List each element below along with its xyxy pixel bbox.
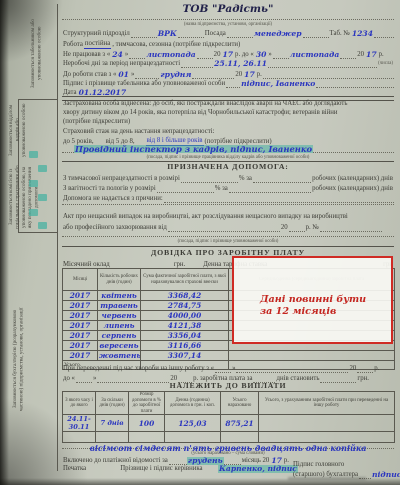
dotted-fill [197,50,213,59]
accident-caption-line: (посада, підпис і прізвище уповноваженої… [62,238,394,246]
seal-line: Печатка Прізвище і підпис керівника [62,465,220,473]
accident-caption: (посада, підпис і прізвище уповноваженої… [177,238,280,246]
signer-label: Підпис і прізвище табельника або уповнов… [62,80,226,88]
help-maternity-line: З вагітності та пологів у розмірі % за р… [62,184,394,193]
payment-col-days: За скільки днів (годин) [96,392,129,415]
blank-field [320,223,382,232]
teal-mark [29,180,38,187]
transfer-label: При переведенні під час хвороби на іншу … [62,365,215,373]
salary-month: квітень [98,291,141,301]
department-line: Структурний підрозділ ВРК Посада менедже… [62,29,394,38]
sidebar-divider-1 [18,99,57,100]
nonworking-days-line: Неробочі дні за період непрацездатності … [62,59,394,68]
absent-month-from: листопада [145,51,196,59]
dotted-fill [316,79,394,88]
amount-words-line: вісімсот сімдесят п'ять гривень двадцять… [62,438,394,449]
dotted-fill [263,70,394,79]
signer-value: підпис, Іваненко [240,80,316,88]
included-label: Включено до платіжної відомості за [62,457,169,465]
tab-number-label: Таб. № [329,30,351,38]
photo-shadow-left [0,0,9,485]
company-title-line: ТОВ "Радість" [62,5,394,13]
sidebar-label-accounting: Заповнюється бухгалтерією (розрахунковою… [12,298,36,420]
insured-line-1: Застрахована особа віднесена: до осіб, я… [62,100,394,108]
blank-field [229,184,311,193]
annotation-box: Дані повинні бути за 12 місяців [232,256,393,344]
spacer [87,465,119,473]
work-rest: , тимчасова, сезонна (потрібне підкресли… [111,41,241,49]
transfer-line-1: При переведенні під час хвороби на іншу … [62,364,394,373]
absent-month-to: листопада [289,51,340,59]
insured-line-2: хвору дитину віком до 14 років, яка поте… [62,109,394,117]
company-name: ТОВ "Радість" [182,5,275,13]
company-caption: (назва підприємства, установи, організац… [183,21,273,29]
dotted-fill [192,70,234,79]
payment-period: 24.11-30.11 [63,415,96,432]
insured-text-3: (потрібне підкреслити) [62,118,131,126]
payment-col-daily: Денна (годинна) допомога в грн. і коп. [165,392,221,415]
blank-field [181,174,238,183]
payment-total-transfer [259,415,395,432]
seal-label: Печатка [62,465,87,473]
service-record-label-line: Страховий стаж на день настання непрацез… [62,128,394,136]
accountant-label-line-1: Підпис головного [292,461,394,469]
return-label: До роботи став з « [62,71,117,79]
teal-mark [29,151,38,158]
nonworking-caption: (числа) [377,60,394,68]
payment-col-period: З якого часу і до якого [63,392,96,415]
salary-month: травень [98,301,141,311]
year-prefix: 20 [280,224,289,232]
salary-sum: 3116,66 [141,341,229,351]
percent-label: % за [238,175,253,183]
dotted-fill [135,70,159,79]
salary-col-days: Кількість робочих днів (годин) [98,269,141,291]
insured-text-1: Застрахована особа віднесена: до осіб, я… [62,100,348,108]
dotted-fill [169,456,187,465]
help-line2-label: З вагітності та пологів у розмірі [62,185,157,193]
dotted-fill [62,144,74,153]
accident-line-2: або професійного захворювання від 20 р. … [62,223,394,232]
annotation-text: Дані повинні бути за 12 місяців [260,294,380,318]
blank-field [253,174,311,183]
blank-field [168,223,280,232]
salary-year: 2017 [63,301,98,311]
dotted-fill [129,50,145,59]
accident-line-1: Акт про нещасний випадок на виробництві,… [62,213,394,221]
dotted-fill [164,194,394,203]
salary-row: 2017 жовтень 3307,14 [63,351,395,361]
payment-daily: 125,03 [165,415,221,432]
dotted-fill [226,79,240,88]
dotted-fill [273,50,289,59]
percent-label: % за [214,185,229,193]
assigned-help-title-line: ПРИЗНАЧЕНА ДОПОМОГА: [62,163,394,171]
salary-year: 2017 [63,351,98,361]
dotted-fill [303,29,329,38]
dotted-fill [268,59,377,68]
dotted-fill [181,59,213,68]
salary-month: жовтень [98,351,141,361]
dotted-fill [340,50,356,59]
blank-field [289,223,305,232]
absent-day-from: 24 [111,51,124,59]
service-record-label: Страховий стаж на день настання непрацез… [62,128,215,136]
sidebar-label-timekeeper: Заповнюється табельником або уповноважен… [30,8,56,98]
r-abbrev: р. [256,71,263,79]
help-line3-label: Допомога не надається з причини: [62,195,164,203]
absent-mid: р. до « [234,51,255,59]
salary-month: червень [98,311,141,321]
absent-year-to: 17 [365,51,378,59]
position-label: Посада [204,30,227,38]
salary-month: липень [98,321,141,331]
nonworking-value: 25.11, 26.11 [213,60,268,68]
teal-mark [38,194,47,201]
payment-total: 875,21 [221,415,259,432]
head-signature-value: Карпенко, підпис [218,465,298,473]
teal-mark [29,209,38,216]
salary-col-sum: Сума фактичної заробітної плати, з якої … [141,269,229,291]
payment-table: З якого часу і до якого За скільки днів … [62,391,395,443]
blank-field [236,364,348,373]
dotted-fill [131,29,157,38]
year-prefix: 20 [213,51,222,59]
head-signature-label: Прізвище і підпис керівника [119,465,203,473]
year-prefix: 20 [234,71,243,79]
salary-year: 2017 [63,321,98,331]
head-signature-value-line: Карпенко, підпис [218,465,282,473]
return-month: грудня [159,71,192,79]
days-label: робочих (календарних) днів [311,175,394,183]
scanned-form: Заповнюється табельником або уповноважен… [0,0,400,485]
absent-year-from: 17 [221,51,234,59]
work-type-line: Робота постійна , тимчасова, сезонна (по… [62,40,394,49]
position-value: менеджер [253,30,303,38]
work-underlined-option: постійна [84,40,111,49]
accident-number-label: р. № [305,224,320,232]
payment-col-percent: Розмір допомоги в % до заробітної плати [129,392,165,415]
payment-percent: 100 [129,415,165,432]
return-year: 17 [243,71,256,79]
days-label: робочих (календарних) днів [311,185,394,193]
hr-signature-line: Провідний інспектор з кадрів, підпис, Ів… [62,144,394,153]
payment-row: 24.11-30.11 7 днів 100 125,03 875,21 [63,415,395,432]
absent-prefix: Не працював з « [62,51,111,59]
insured-text-2: хвору дитину віком до 14 років, яка поте… [62,109,339,117]
help-temporary-line: З тимчасової непрацездатності в розмірі … [62,174,394,183]
company-caption-line: (назва підприємства, установи, організац… [62,21,394,29]
blank-field [215,364,231,373]
nonworking-label: Неробочі дні за період непрацездатності [62,60,181,68]
help-line1-label: З тимчасової непрацездатності в розмірі [62,175,181,183]
r-abbrev: р. [378,51,385,59]
payment-days: 7 днів [96,415,129,432]
salary-sum: 4000,00 [141,311,229,321]
sidebar-vertical-rule [57,4,58,471]
sidebar-label-insurance-commission: Заповнюється комісією із соціального стр… [8,164,42,230]
return-day: 01 [117,71,130,79]
year-prefix: 20 [356,51,365,59]
absent-day-to: 30 [255,51,268,59]
salary-sum: 3307,14 [141,351,229,361]
teal-mark [38,165,47,172]
timekeeper-signature-line: Підпис і прізвище табельника або уповнов… [62,79,394,88]
accountant-label-1: Підпис головного [292,461,345,469]
teal-mark [38,222,47,229]
salary-month: вересень [98,341,141,351]
company-underline [62,19,394,20]
faint-print-smudge [288,477,366,480]
hr-signature-value: Провідний інспектор з кадрів, підпис, Ів… [74,145,313,153]
assigned-help-title: ПРИЗНАЧЕНА ДОПОМОГА: [166,163,289,171]
dotted-rule [62,204,394,205]
tab-number-value: 1234 [351,30,374,38]
salary-year: 2017 [63,291,98,301]
sidebar-divider-2 [18,232,57,233]
salary-sum: 3368,42 [141,291,229,301]
work-prefix: Робота [62,41,84,49]
payment-col-total: Усього нараховано [221,392,259,415]
dept-label: Структурний підрозділ [62,30,131,38]
salary-sum: 2784,75 [141,301,229,311]
dotted-fill [374,29,394,38]
salary-sum: 3356,04 [141,331,229,341]
year-prefix: 20 [348,365,357,373]
dept-value: ВРК [157,30,178,38]
dotted-fill [313,144,394,153]
salary-covered-cell [229,351,395,361]
salary-year: 2017 [63,331,98,341]
salary-sum: 4121,38 [141,321,229,331]
section-rule [62,246,394,247]
blank-field [157,184,214,193]
salary-year: 2017 [63,311,98,321]
dotted-fill [227,29,253,38]
dotted-fill [178,29,204,38]
dotted-rule [62,236,394,237]
salary-col-months: Місяці [63,269,98,291]
payment-title: НАЛЕЖИТЬ ДО ВИПЛАТИ [169,382,288,390]
help-denied-line: Допомога не надається з причини: [62,194,394,203]
payment-col-total-transfer: Усього, з урахуванням заробітної плати п… [259,392,395,415]
payment-title-line: НАЛЕЖИТЬ ДО ВИПЛАТИ [62,382,394,390]
return-to-work-line: До роботи став з « 01 » грудня 20 17 р. [62,70,394,79]
blank-field [357,364,373,373]
r-abbrev: р. [373,365,380,373]
salary-year: 2017 [63,341,98,351]
salary-month: серпень [98,331,141,341]
accident-line2-label: або професійного захворювання від [62,224,168,232]
accountant-signature: підпис [371,471,400,479]
insured-line-3: (потрібне підкреслити) [62,118,394,126]
absence-period-line: Не працював з « 24 » листопада 20 17 р. … [62,50,394,59]
accident-text-1: Акт про нещасний випадок на виробництві,… [62,213,349,221]
